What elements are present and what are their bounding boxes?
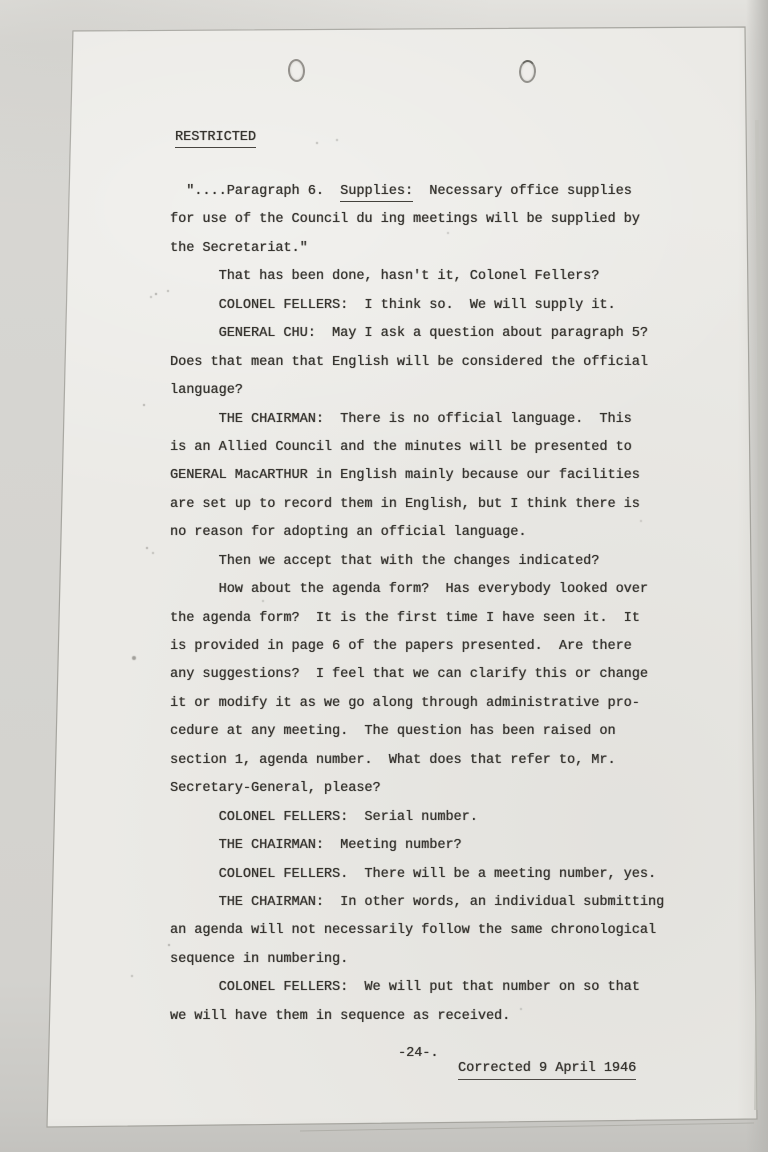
transcript-line: cedure at any meeting. The question has … [170, 718, 700, 746]
transcript-line: an agenda will not necessarily follow th… [170, 917, 700, 945]
transcript-line: Then we accept that with the changes ind… [170, 548, 700, 576]
correction-note: Corrected 9 April 1946 [458, 1061, 636, 1080]
transcript-line: it or modify it as we go along through a… [170, 690, 700, 718]
transcript-line: GENERAL MacARTHUR in English mainly beca… [170, 462, 700, 490]
transcript-line: section 1, agenda number. What does that… [170, 747, 700, 775]
transcript-line: for use of the Council du ing meetings w… [170, 206, 700, 234]
page-number: -24-. [398, 1046, 439, 1062]
transcript-line: THE CHAIRMAN: There is no official langu… [170, 406, 700, 434]
transcript-line: COLONEL FELLERS: I think so. We will sup… [170, 292, 700, 320]
transcript-line: sequence in numbering. [170, 946, 700, 974]
transcript-line: we will have them in sequence as receive… [170, 1003, 700, 1031]
opening-line-suffix: Necessary office supplies [413, 184, 632, 199]
opening-line-prefix: "....Paragraph 6. [170, 184, 340, 199]
transcript-line: THE CHAIRMAN: In other words, an individ… [170, 889, 700, 917]
transcript-line: COLONEL FELLERS. There will be a meeting… [170, 861, 700, 889]
transcript-line: That has been done, hasn't it, Colonel F… [170, 263, 700, 291]
transcript-opening-line: "....Paragraph 6. Supplies: Necessary of… [170, 178, 700, 206]
scanned-document-page: RESTRICTED "....Paragraph 6. Supplies: N… [0, 0, 768, 1152]
transcript-line: COLONEL FELLERS: We will put that number… [170, 974, 700, 1002]
transcript-line: no reason for adopting an official langu… [170, 519, 700, 547]
transcript-line: Does that mean that English will be cons… [170, 349, 700, 377]
transcript-line: GENERAL CHU: May I ask a question about … [170, 320, 700, 348]
transcript: "....Paragraph 6. Supplies: Necessary of… [170, 178, 700, 1031]
transcript-line: the Secretariat." [170, 235, 700, 263]
transcript-line: is an Allied Council and the minutes wil… [170, 434, 700, 462]
transcript-line: THE CHAIRMAN: Meeting number? [170, 832, 700, 860]
underlined-heading: Supplies: [340, 184, 413, 202]
transcript-line: language? [170, 377, 700, 405]
transcript-line: any suggestions? I feel that we can clar… [170, 661, 700, 689]
transcript-line: are set up to record them in English, bu… [170, 491, 700, 519]
transcript-line: COLONEL FELLERS: Serial number. [170, 804, 700, 832]
transcript-line: Secretary-General, please? [170, 775, 700, 803]
transcript-line: is provided in page 6 of the papers pres… [170, 633, 700, 661]
transcript-line: How about the agenda form? Has everybody… [170, 576, 700, 604]
classification-stamp: RESTRICTED [175, 130, 256, 148]
transcript-line: the agenda form? It is the first time I … [170, 605, 700, 633]
